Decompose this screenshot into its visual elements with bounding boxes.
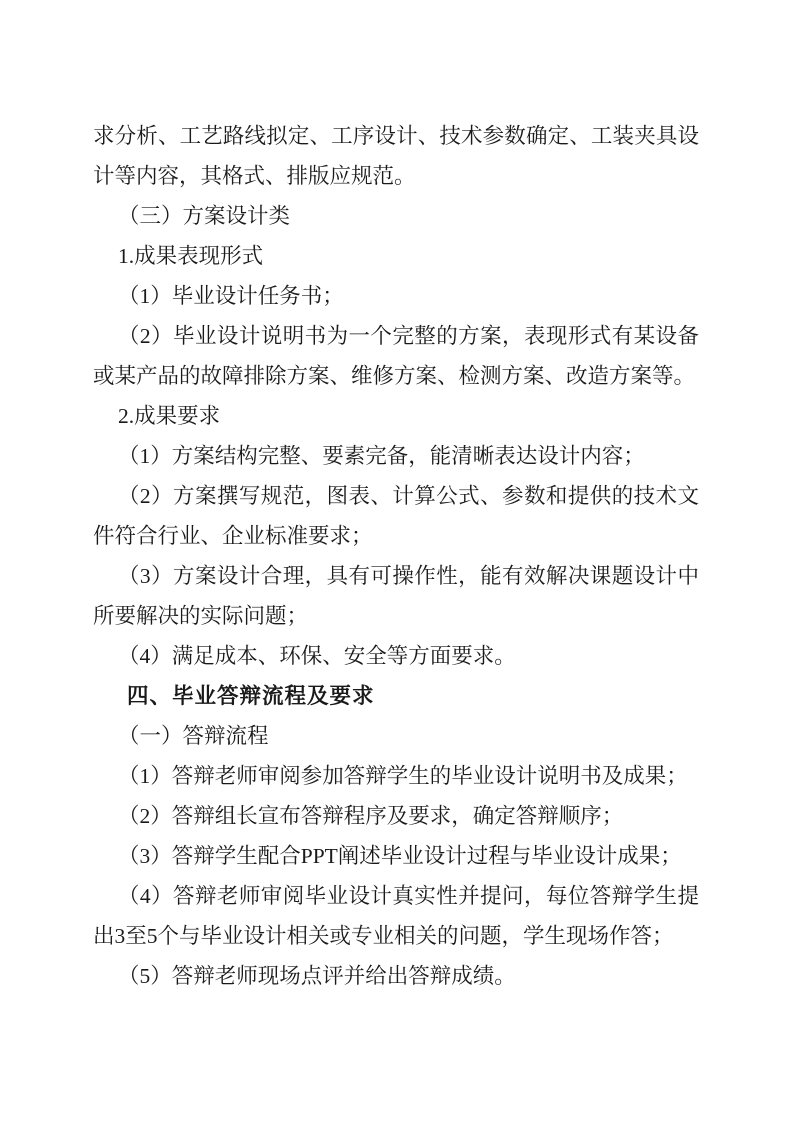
list-item: （2）方案撰写规范，图表、计算公式、参数和提供的技术文件符合行业、企业标准要求； <box>93 476 699 556</box>
list-item: （1）毕业设计任务书； <box>93 276 699 316</box>
list-item: （4）答辩老师审阅毕业设计真实性并提问，每位答辩学生提出3至5个与毕业设计相关或… <box>93 876 699 956</box>
document-text-block: 求分析、工艺路线拟定、工序设计、技术参数确定、工装夹具设计等内容，其格式、排版应… <box>93 116 699 996</box>
list-item: （2）答辩组长宣布答辩程序及要求，确定答辩顺序； <box>93 796 699 836</box>
list-item: （3）方案设计合理，具有可操作性，能有效解决课题设计中所要解决的实际问题； <box>93 556 699 636</box>
list-item: （1）方案结构完整、要素完备，能清晰表达设计内容； <box>93 436 699 476</box>
list-item: （4）满足成本、环保、安全等方面要求。 <box>93 636 699 676</box>
paragraph-continuation: 求分析、工艺路线拟定、工序设计、技术参数确定、工装夹具设计等内容，其格式、排版应… <box>93 116 699 196</box>
numbered-item-2: 2.成果要求 <box>93 396 699 436</box>
subsection-heading-defense-flow: （一）答辩流程 <box>93 716 699 756</box>
list-item: （1）答辩老师审阅参加答辩学生的毕业设计说明书及成果； <box>93 756 699 796</box>
document-page: 求分析、工艺路线拟定、工序设计、技术参数确定、工装夹具设计等内容，其格式、排版应… <box>0 0 793 1122</box>
list-item: （5）答辩老师现场点评并给出答辩成绩。 <box>93 956 699 996</box>
subsection-heading-3: （三）方案设计类 <box>93 196 699 236</box>
list-item: （3）答辩学生配合PPT阐述毕业设计过程与毕业设计成果； <box>93 836 699 876</box>
numbered-item-1: 1.成果表现形式 <box>93 236 699 276</box>
section-heading-4: 四、毕业答辩流程及要求 <box>93 676 699 716</box>
list-item: （2）毕业设计说明书为一个完整的方案，表现形式有某设备或某产品的故障排除方案、维… <box>93 316 699 396</box>
